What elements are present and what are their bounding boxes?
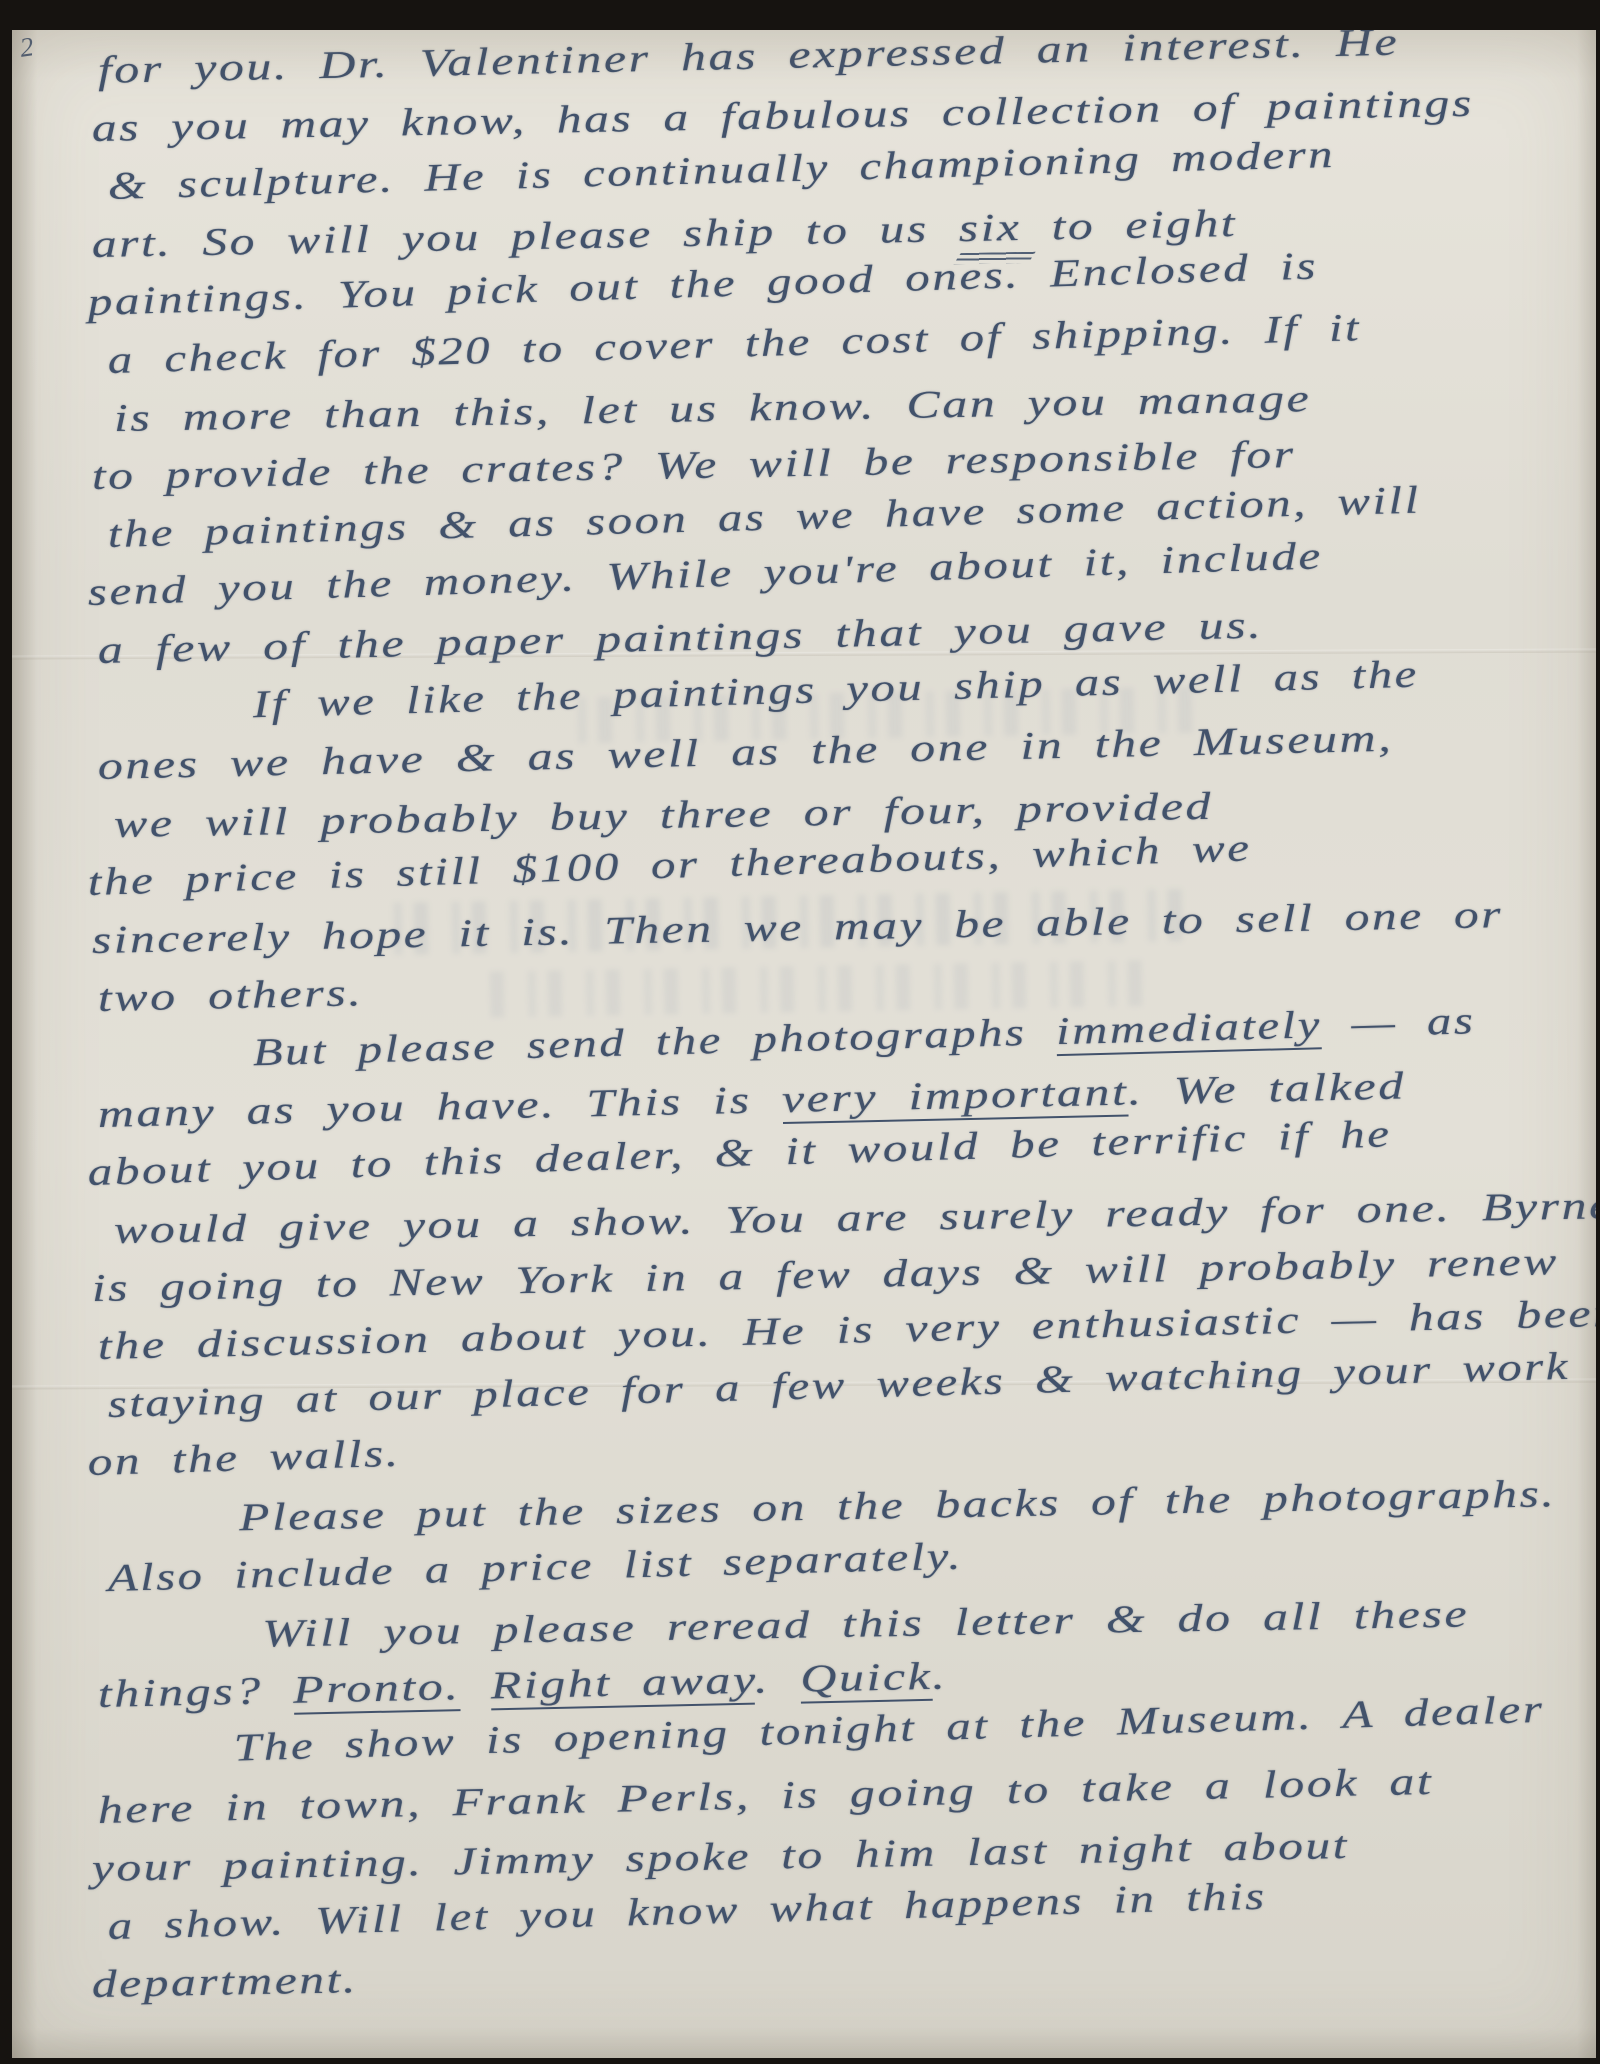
letter-body: for you. Dr. Valentiner has expressed an… <box>12 42 1596 2058</box>
letter-text: things? <box>97 1669 293 1716</box>
letter-text: on the walls. <box>87 1432 401 1484</box>
emphasized-text: Pronto. <box>293 1665 461 1715</box>
letter-paper: 2 for you. Dr. Valentiner has expressed … <box>12 30 1596 2058</box>
letter-text <box>460 1664 491 1708</box>
letter-text: two others. <box>97 971 363 1020</box>
emphasized-text: immediately <box>1056 1003 1323 1056</box>
letter-text: . <box>932 1654 948 1697</box>
letter-text: — as <box>1321 999 1476 1046</box>
emphasized-text: Quick <box>800 1655 933 1704</box>
scanned-letter-page: 2 for you. Dr. Valentiner has expressed … <box>0 0 1600 2064</box>
letter-text: . <box>754 1658 800 1702</box>
letter-text: department. <box>91 1958 358 2006</box>
emphasized-text: Right away <box>490 1659 755 1711</box>
emphasized-text: six <box>958 206 1021 250</box>
